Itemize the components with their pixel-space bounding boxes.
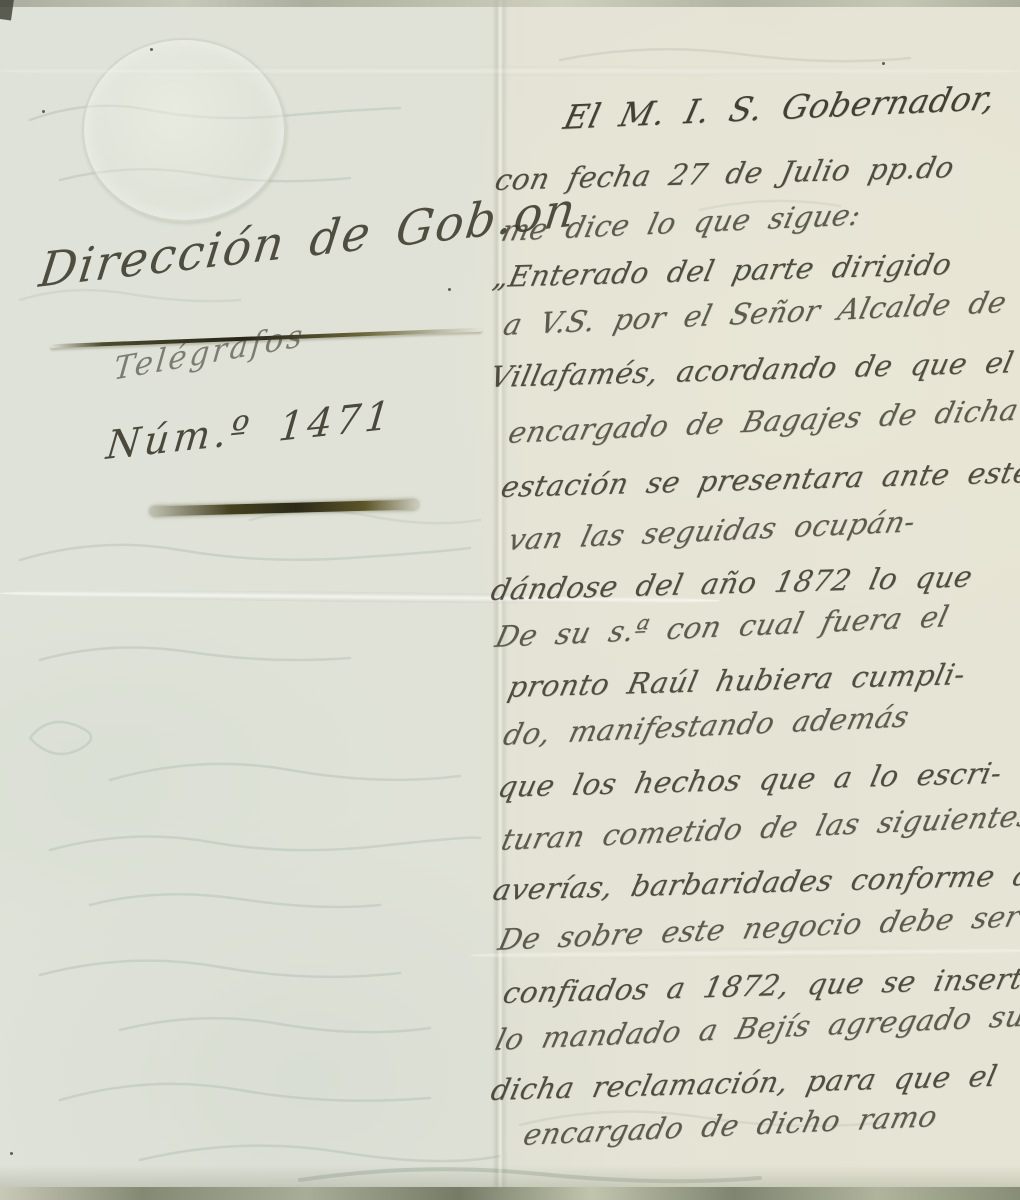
handwriting-line: pronto Raúl hubiera cumpli- (505, 657, 969, 704)
ink-speck (882, 62, 885, 65)
handwriting-line: do, manifestando además (500, 699, 913, 752)
handwriting-line: a V.S. por el Señor Alcalde de (500, 285, 1010, 342)
handwriting-line: De su s.ª con cual fuera el (492, 599, 952, 654)
embossed-seal (82, 38, 286, 222)
handwriting-line: encargado de Bagajes de dicha (505, 392, 1020, 450)
handwriting-line: El M. I. S. Gobernador, (560, 78, 1000, 137)
letterhead-number-line: Núm.º 1471 (104, 393, 396, 469)
scan-edge-top (0, 0, 1020, 7)
handwriting-line: con fecha 27 de Julio pp.do (492, 150, 958, 197)
letterhead-section-line: Telégrafos (112, 317, 307, 388)
scanned-letter: Dirección de Gob.on Telégrafos Núm.º 147… (0, 0, 1020, 1200)
ink-speck (10, 1152, 13, 1155)
horizontal-crease (0, 66, 1020, 76)
corner-ink-mark (0, 0, 15, 20)
handwriting-line: turan cometido de las siguientes (498, 798, 1020, 857)
ink-speck (42, 110, 45, 113)
handwriting-line: van las seguidas ocupán- (505, 504, 919, 557)
page-bottom-shadow (0, 1165, 1020, 1187)
number-underline-smudge (150, 499, 418, 516)
scan-edge-bottom (0, 1187, 1020, 1200)
handwriting-line: encargado de dicho ramo (520, 1099, 941, 1152)
handwriting-line: averías, barbaridades conforme a (490, 858, 1020, 907)
handwriting-line: que los hechos que a lo escri- (495, 756, 1005, 804)
handwriting-line: estación se presentara ante este (498, 455, 1020, 504)
handwriting-line: Villafamés, acordando de que el (487, 345, 1017, 394)
ink-speck (150, 48, 153, 51)
ink-speck (448, 288, 451, 291)
handwriting-line: „Enterado del parte dirigido (490, 247, 955, 294)
handwriting-line: dándose del año 1872 lo que (488, 559, 976, 607)
